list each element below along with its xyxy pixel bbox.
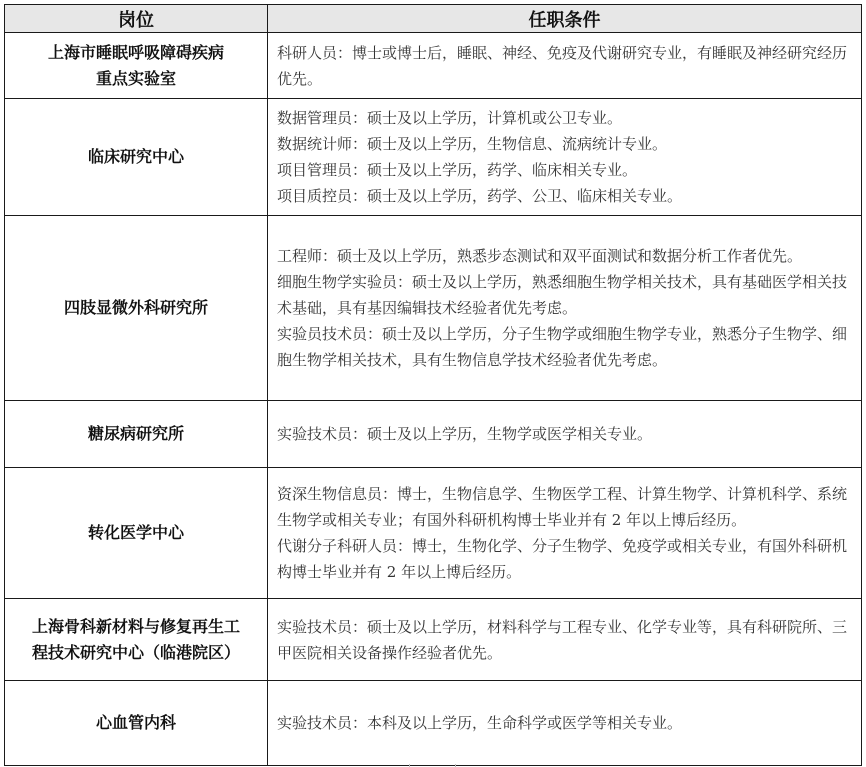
requirement-item: 实验技术员：本科及以上学历，生命科学或医学等相关专业。 [277, 710, 853, 736]
table-header-row: 岗位 任职条件 [5, 5, 862, 33]
dept-cell: 心血管内科 [5, 681, 268, 766]
dept-cell: 临床研究中心 [5, 99, 268, 216]
requirement-item: 数据统计师：硕士及以上学历，生物信息、流病统计专业。 [277, 131, 853, 157]
dept-name-line: 心血管内科 [15, 710, 257, 736]
dept-name-line: 上海市睡眠呼吸障碍疾病 [15, 40, 257, 66]
dept-cell: 上海骨科新材料与修复再生工程技术研究中心（临港院区） [5, 599, 268, 681]
dept-name-line: 转化医学中心 [15, 520, 257, 546]
header-dept: 岗位 [5, 5, 268, 33]
requirements-cell: 资深生物信息员：博士，生物信息学、生物医学工程、计算生物学、计算机科学、系统生物… [268, 468, 862, 599]
job-requirements-table: 岗位 任职条件 上海市睡眠呼吸障碍疾病重点实验室科研人员：博士或博士后，睡眠、神… [4, 4, 862, 766]
requirement-item: 细胞生物学实验员：硕士及以上学历，熟悉细胞生物学相关技术，具有基础医学相关技术基… [277, 269, 853, 321]
dept-cell: 四肢显微外科研究所 [5, 216, 268, 401]
dept-name-line: 临床研究中心 [15, 144, 257, 170]
dept-cell: 糖尿病研究所 [5, 401, 268, 468]
dept-cell: 转化医学中心 [5, 468, 268, 599]
requirement-item: 实验技术员：硕士及以上学历，材料科学与工程专业、化学专业等，具有科研院所、三甲医… [277, 614, 853, 666]
table-row: 四肢显微外科研究所工程师：硕士及以上学历，熟悉步态测试和双平面测试和数据分析工作… [5, 216, 862, 401]
requirement-item: 项目管理员：硕士及以上学历，药学、临床相关专业。 [277, 157, 853, 183]
dept-name-line: 四肢显微外科研究所 [15, 295, 257, 321]
requirement-item: 工程师：硕士及以上学历，熟悉步态测试和双平面测试和数据分析工作者优先。 [277, 243, 853, 269]
requirement-item: 资深生物信息员：博士，生物信息学、生物医学工程、计算生物学、计算机科学、系统生物… [277, 481, 853, 533]
requirements-cell: 数据管理员：硕士及以上学历，计算机或公卫专业。数据统计师：硕士及以上学历，生物信… [268, 99, 862, 216]
header-requirements: 任职条件 [268, 5, 862, 33]
requirements-cell: 实验技术员：硕士及以上学历，材料科学与工程专业、化学专业等，具有科研院所、三甲医… [268, 599, 862, 681]
dept-name-line: 重点实验室 [15, 66, 257, 92]
dept-name-line: 糖尿病研究所 [15, 421, 257, 447]
requirements-cell: 实验技术员：本科及以上学历，生命科学或医学等相关专业。 [268, 681, 862, 766]
requirement-item: 科研人员：博士或博士后，睡眠、神经、免疫及代谢研究专业，有睡眠及神经研究经历优先… [277, 40, 853, 92]
table-row: 上海市睡眠呼吸障碍疾病重点实验室科研人员：博士或博士后，睡眠、神经、免疫及代谢研… [5, 33, 862, 99]
table-row: 临床研究中心数据管理员：硕士及以上学历，计算机或公卫专业。数据统计师：硕士及以上… [5, 99, 862, 216]
requirement-item: 实验技术员：硕士及以上学历，生物学或医学相关专业。 [277, 421, 853, 447]
requirement-item: 项目质控员：硕士及以上学历，药学、公卫、临床相关专业。 [277, 183, 853, 209]
requirements-cell: 工程师：硕士及以上学历，熟悉步态测试和双平面测试和数据分析工作者优先。细胞生物学… [268, 216, 862, 401]
requirement-item: 实验员技术员：硕士及以上学历，分子生物学或细胞生物学专业，熟悉分子生物学、细胞生… [277, 321, 853, 373]
dept-name-line: 程技术研究中心（临港院区） [15, 640, 257, 666]
table-row: 上海骨科新材料与修复再生工程技术研究中心（临港院区）实验技术员：硕士及以上学历，… [5, 599, 862, 681]
requirement-item: 代谢分子科研人员：博士，生物化学、分子生物学、免疫学或相关专业，有国外科研机构博… [277, 533, 853, 585]
table-row: 转化医学中心资深生物信息员：博士，生物信息学、生物医学工程、计算生物学、计算机科… [5, 468, 862, 599]
requirements-cell: 科研人员：博士或博士后，睡眠、神经、免疫及代谢研究专业，有睡眠及神经研究经历优先… [268, 33, 862, 99]
requirements-cell: 实验技术员：硕士及以上学历，生物学或医学相关专业。 [268, 401, 862, 468]
dept-cell: 上海市睡眠呼吸障碍疾病重点实验室 [5, 33, 268, 99]
requirement-item: 数据管理员：硕士及以上学历，计算机或公卫专业。 [277, 105, 853, 131]
dept-name-line: 上海骨科新材料与修复再生工 [15, 614, 257, 640]
table-row: 糖尿病研究所实验技术员：硕士及以上学历，生物学或医学相关专业。 [5, 401, 862, 468]
table-row: 心血管内科实验技术员：本科及以上学历，生命科学或医学等相关专业。 [5, 681, 862, 766]
